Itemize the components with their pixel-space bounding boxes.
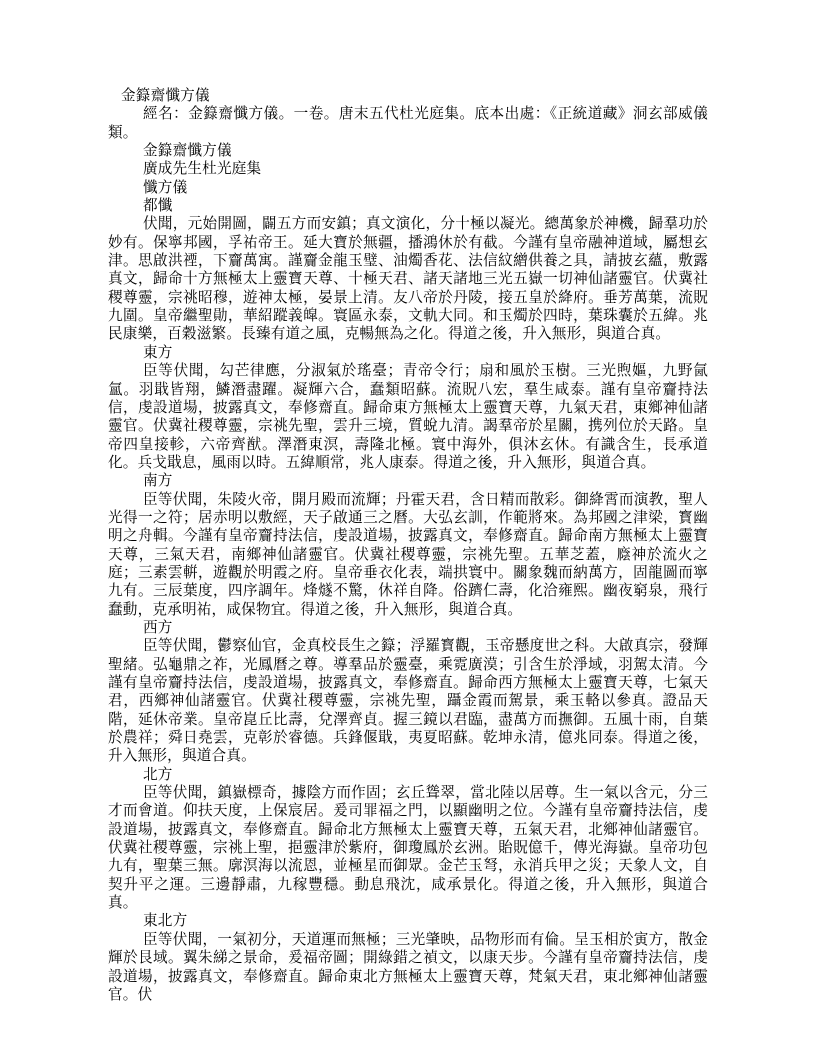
section-heading-duchan: 都懺 xyxy=(108,197,708,215)
section-body-east: 臣等伏聞，勾芒律應，分淑氣於瑤臺；青帝令行；扇和風於玉樹。三光煦嫗，九野氤氳。羽… xyxy=(108,362,708,472)
author-line: 廣成先生杜光庭集 xyxy=(108,160,708,178)
colophon-line: 經名：金籙齋懺方儀。一卷。唐末五代杜光庭集。底本出處：《正統道藏》洞玄部威儀類。 xyxy=(108,105,708,142)
section-body-duchan: 伏聞，元始開圖，闢五方而安鎮；真文演化，分十極以凝光。總萬象於神機，歸羣功於妙有… xyxy=(108,215,708,343)
section-heading-west: 西方 xyxy=(108,619,708,637)
section-heading-south: 南方 xyxy=(108,472,708,490)
section-heading-north: 北方 xyxy=(108,766,708,784)
document-title: 金籙齋懺方儀 xyxy=(108,87,708,105)
section-body-north: 臣等伏聞，鎮嶽標奇，據陰方而作固；玄丘聳翠，當北陸以居尊。生一氣以含元，分三才而… xyxy=(108,784,708,912)
section-heading-east: 東方 xyxy=(108,344,708,362)
document-page: 金籙齋懺方儀 經名：金籙齋懺方儀。一卷。唐末五代杜光庭集。底本出處：《正統道藏》… xyxy=(0,0,816,1056)
section-body-west: 臣等伏聞，鬱察仙官，金真校長生之籙；浮羅寳觀，玉帝懸度世之科。大啟真宗，發輝聖緒… xyxy=(108,637,708,765)
section-heading-northeast: 東北方 xyxy=(108,912,708,930)
subtitle: 懺方儀 xyxy=(108,179,708,197)
inner-title: 金籙齋懺方儀 xyxy=(108,142,708,160)
section-body-northeast: 臣等伏聞，一氣初分，天道運而無極；三光肇映，品物形而有倫。呈玉相於寅方，散金輝於… xyxy=(108,931,708,1004)
section-body-south: 臣等伏聞，朱陵火帝，開月殿而流輝；丹霍天君，含日精而散彩。御絳霄而演教，聖人光得… xyxy=(108,491,708,619)
